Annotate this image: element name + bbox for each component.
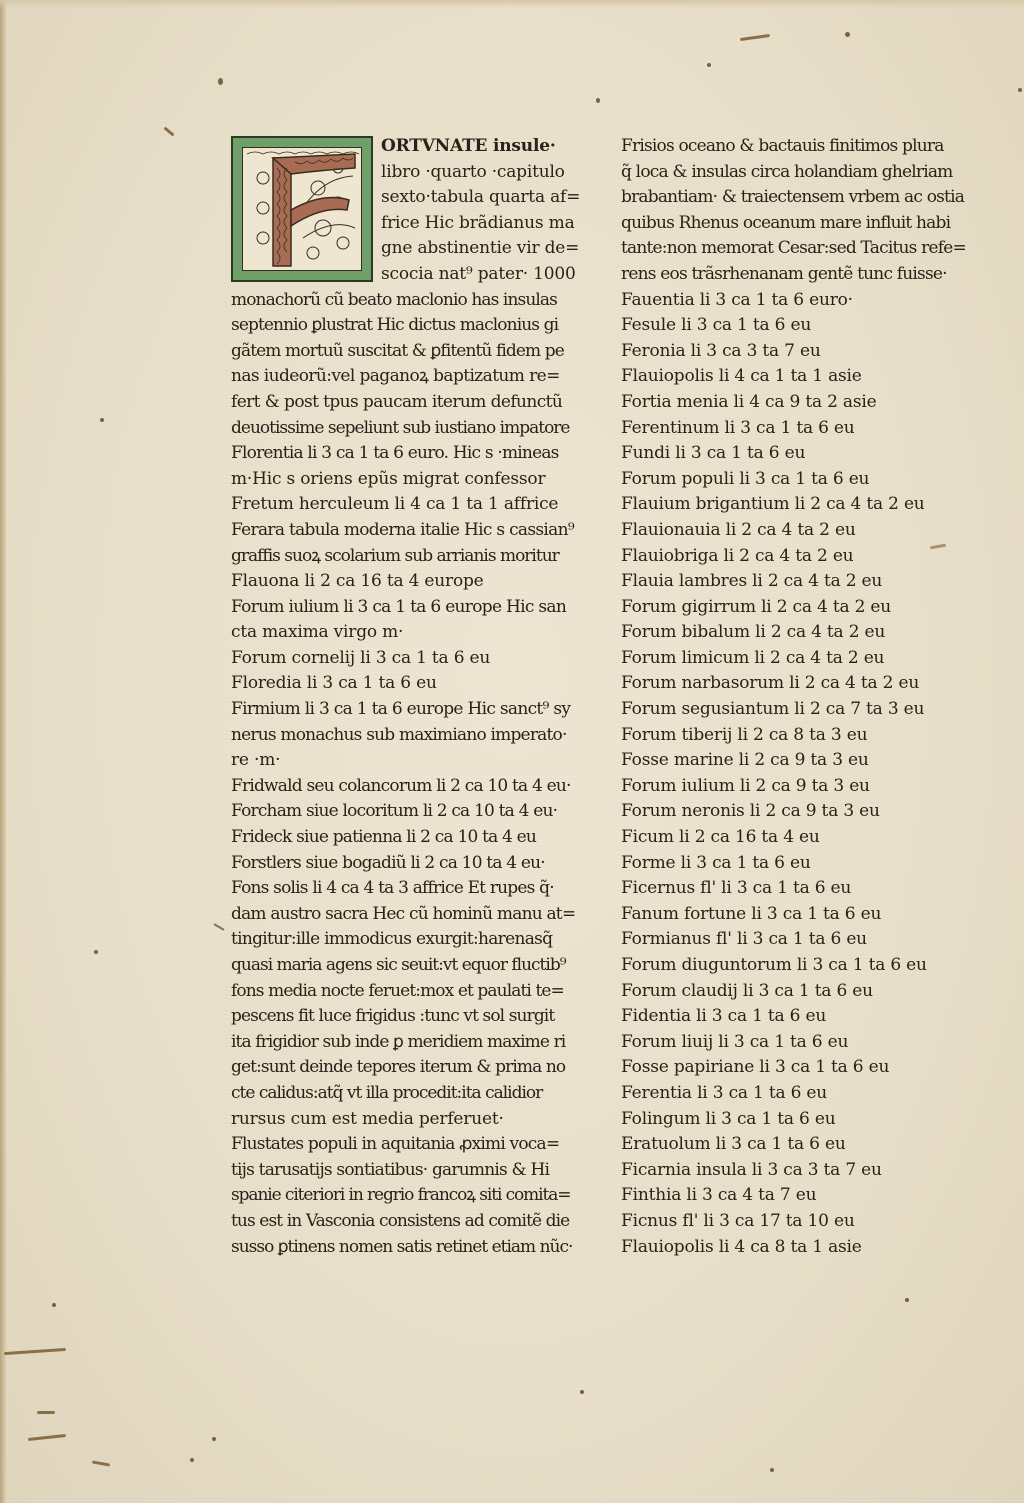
gazetteer-entry: Fesule li 3 ca 1 ta 6 eu bbox=[621, 313, 1001, 339]
worm-trail bbox=[92, 1460, 110, 1466]
left-text-column: ORTVNATE insule· libro ·quarto ·capitulo… bbox=[231, 134, 591, 1260]
text-line: fons media nocte feruet:mox et paulati t… bbox=[231, 979, 591, 1005]
worm-trail bbox=[163, 126, 174, 136]
text-line: gne abstinentie vir de= bbox=[231, 236, 591, 262]
gazetteer-entry: Forum gigirrum li 2 ca 4 ta 2 eu bbox=[621, 595, 1001, 621]
text-line: pescens fit luce frigidus :tunc vt sol s… bbox=[231, 1004, 591, 1030]
text-line: Ferara tabula moderna italie Hic s cassi… bbox=[231, 518, 591, 544]
text-line: Florentia li 3 ca 1 ta 6 euro. Hic s ·mi… bbox=[231, 441, 591, 467]
wormhole bbox=[94, 950, 98, 954]
margin-mark bbox=[213, 923, 224, 931]
gazetteer-entry: Ficernus fl' li 3 ca 1 ta 6 eu bbox=[621, 876, 1001, 902]
text-line: tus est in Vasconia consistens ad comitẽ… bbox=[231, 1209, 591, 1235]
worm-trail bbox=[4, 1348, 66, 1355]
wormhole bbox=[596, 98, 600, 103]
worm-trail bbox=[37, 1411, 55, 1414]
wormhole bbox=[905, 1298, 909, 1302]
gazetteer-entry: Forum diuguntorum li 3 ca 1 ta 6 eu bbox=[621, 953, 1001, 979]
text-line: susso ꝑtinens nomen satis retinet etiam … bbox=[231, 1235, 591, 1261]
text-line: Fridwald seu colancorum li 2 ca 10 ta 4 … bbox=[231, 774, 591, 800]
gazetteer-entry: Fortia menia li 4 ca 9 ta 2 asie bbox=[621, 390, 1001, 416]
text-line: tante:non memorat Cesar:sed Tacitus refe… bbox=[621, 236, 1001, 262]
text-line: Frisios oceano & bactauis finitimos plur… bbox=[621, 134, 1001, 160]
text-line: fert & post tpus paucam iterum defunctũ bbox=[231, 390, 591, 416]
text-line: Frideck siue patienna li 2 ca 10 ta 4 eu bbox=[231, 825, 591, 851]
text-line: libro ·quarto ·capitulo bbox=[231, 160, 591, 186]
text-line: Forum iulium li 3 ca 1 ta 6 europe Hic s… bbox=[231, 595, 591, 621]
text-line: Forum cornelij li 3 ca 1 ta 6 eu bbox=[231, 646, 591, 672]
gazetteer-entry: Flauiopolis li 4 ca 8 ta 1 asie bbox=[621, 1235, 1001, 1261]
text-line: q̃ loca & insulas circa holandiam ghelri… bbox=[621, 160, 1001, 186]
wormhole bbox=[770, 1468, 774, 1472]
text-line: get:sunt deinde tepores iterum & prima n… bbox=[231, 1055, 591, 1081]
gazetteer-entry: Fosse papiriane li 3 ca 1 ta 6 eu bbox=[621, 1055, 1001, 1081]
text-line: quibus Rhenus oceanum mare influit habi bbox=[621, 211, 1001, 237]
text-line: cta maxima virgo m· bbox=[231, 620, 591, 646]
text-line: re ·m· bbox=[231, 748, 591, 774]
parchment-page: ORTVNATE insule· libro ·quarto ·capitulo… bbox=[0, 0, 1024, 1503]
text-line: tijs tarusatijs sontiatibus· garumnis & … bbox=[231, 1158, 591, 1184]
text-line: Fretum herculeum li 4 ca 1 ta 1 affrice bbox=[231, 492, 591, 518]
wormhole bbox=[100, 418, 104, 422]
gazetteer-entry: Feronia li 3 ca 3 ta 7 eu bbox=[621, 339, 1001, 365]
text-line: dam austro sacra Hec cũ hominũ manu at= bbox=[231, 902, 591, 928]
page-binding-edge bbox=[0, 0, 6, 1503]
gazetteer-entry: Fidentia li 3 ca 1 ta 6 eu bbox=[621, 1004, 1001, 1030]
text-line: sexto·tabula quarta af= bbox=[231, 185, 591, 211]
text-line: Flauona li 2 ca 16 ta 4 europe bbox=[231, 569, 591, 595]
gazetteer-entry: Flauium brigantium li 2 ca 4 ta 2 eu bbox=[621, 492, 1001, 518]
text-line: nas iudeorũ:vel paganoꝝ baptizatum re= bbox=[231, 364, 591, 390]
gazetteer-entry: Forum segusiantum li 2 ca 7 ta 3 eu bbox=[621, 697, 1001, 723]
wormhole bbox=[190, 1458, 194, 1462]
wormhole bbox=[1018, 88, 1022, 92]
right-text-column: Frisios oceano & bactauis finitimos plur… bbox=[621, 134, 1001, 1260]
gazetteer-entry: Fauentia li 3 ca 1 ta 6 euro· bbox=[621, 288, 1001, 314]
wormhole bbox=[52, 1303, 56, 1307]
text-line: Firmium li 3 ca 1 ta 6 europe Hic sanct⁹… bbox=[231, 697, 591, 723]
text-line: ORTVNATE insule· bbox=[231, 134, 591, 160]
gazetteer-entry: Folingum li 3 ca 1 ta 6 eu bbox=[621, 1107, 1001, 1133]
page-top-edge bbox=[0, 0, 1024, 8]
text-line: graffis suoꝝ scolarium sub arrianis mori… bbox=[231, 544, 591, 570]
gazetteer-entry: Fanum fortune li 3 ca 1 ta 6 eu bbox=[621, 902, 1001, 928]
wormhole bbox=[212, 1437, 216, 1441]
gazetteer-entry: Flauia lambres li 2 ca 4 ta 2 eu bbox=[621, 569, 1001, 595]
wormhole bbox=[707, 63, 711, 67]
gazetteer-entry: Flauionauia li 2 ca 4 ta 2 eu bbox=[621, 518, 1001, 544]
gazetteer-entry: Ferentinum li 3 ca 1 ta 6 eu bbox=[621, 416, 1001, 442]
gazetteer-entry: Ferentia li 3 ca 1 ta 6 eu bbox=[621, 1081, 1001, 1107]
wormhole bbox=[218, 78, 223, 85]
text-line: tingitur:ille immodicus exurgit:harenasq… bbox=[231, 927, 591, 953]
gazetteer-entry: Flauiobriga li 2 ca 4 ta 2 eu bbox=[621, 544, 1001, 570]
gazetteer-entry: Forum claudij li 3 ca 1 ta 6 eu bbox=[621, 979, 1001, 1005]
gazetteer-entry: Forum tiberij li 2 ca 8 ta 3 eu bbox=[621, 723, 1001, 749]
text-line: frice Hic brãdianus ma bbox=[231, 211, 591, 237]
text-line: septennio ꝑlustrat Hic dictus maclonius … bbox=[231, 313, 591, 339]
gazetteer-entry: Forum populi li 3 ca 1 ta 6 eu bbox=[621, 467, 1001, 493]
text-line: ita frigidior sub inde ꝑ meridiem maxime… bbox=[231, 1030, 591, 1056]
gazetteer-entry: Forum iulium li 2 ca 9 ta 3 eu bbox=[621, 774, 1001, 800]
gazetteer-entry: Fundi li 3 ca 1 ta 6 eu bbox=[621, 441, 1001, 467]
gazetteer-entry: Forum liuij li 3 ca 1 ta 6 eu bbox=[621, 1030, 1001, 1056]
text-line: monachorũ cũ beato maclonio has insulas bbox=[231, 288, 591, 314]
text-line: Forstlers siue bogadiũ li 2 ca 10 ta 4 e… bbox=[231, 851, 591, 877]
gazetteer-entry: Eratuolum li 3 ca 1 ta 6 eu bbox=[621, 1132, 1001, 1158]
gazetteer-entry: Forum bibalum li 2 ca 4 ta 2 eu bbox=[621, 620, 1001, 646]
worm-trail bbox=[28, 1434, 66, 1441]
text-line: quasi maria agens sic seuit:vt equor flu… bbox=[231, 953, 591, 979]
text-line: rens eos trãsrhenanam gentẽ tunc fuisse· bbox=[621, 262, 1001, 288]
gazetteer-entry: Fosse marine li 2 ca 9 ta 3 eu bbox=[621, 748, 1001, 774]
text-line: spanie citeriori in regrio francoꝝ siti … bbox=[231, 1183, 591, 1209]
gazetteer-entry: Forum limicum li 2 ca 4 ta 2 eu bbox=[621, 646, 1001, 672]
text-line: Floredia li 3 ca 1 ta 6 eu bbox=[231, 671, 591, 697]
text-line: cte calidus:atq̃ vt illa procedit:ita ca… bbox=[231, 1081, 591, 1107]
text-line: scocia nat⁹ pater· 1000 bbox=[231, 262, 591, 288]
text-line: deuotissime sepeliunt sub iustiano impat… bbox=[231, 416, 591, 442]
text-line: rursus cum est media perferuet· bbox=[231, 1107, 591, 1133]
gazetteer-entry: Ficum li 2 ca 16 ta 4 eu bbox=[621, 825, 1001, 851]
text-line: Flustates populi in aquitania ꝓximi voca… bbox=[231, 1132, 591, 1158]
gazetteer-entry: Ficnus fl' li 3 ca 17 ta 10 eu bbox=[621, 1209, 1001, 1235]
gazetteer-entry: Forme li 3 ca 1 ta 6 eu bbox=[621, 851, 1001, 877]
wormhole bbox=[845, 32, 850, 37]
text-line: brabantiam· & traiectensem vrbem ac osti… bbox=[621, 185, 1001, 211]
wormhole bbox=[580, 1390, 584, 1394]
gazetteer-entry: Ficarnia insula li 3 ca 3 ta 7 eu bbox=[621, 1158, 1001, 1184]
gazetteer-entry: Finthia li 3 ca 4 ta 7 eu bbox=[621, 1183, 1001, 1209]
worm-trail bbox=[740, 34, 770, 41]
text-line: m·Hic s oriens epũs migrat confessor bbox=[231, 467, 591, 493]
text-line: Forcham siue locoritum li 2 ca 10 ta 4 e… bbox=[231, 799, 591, 825]
text-line: Fons solis li 4 ca 4 ta 3 affrice Et rup… bbox=[231, 876, 591, 902]
text-line: nerus monachus sub maximiano imperato· bbox=[231, 723, 591, 749]
gazetteer-entry: Flauiopolis li 4 ca 1 ta 1 asie bbox=[621, 364, 1001, 390]
gazetteer-entry: Forum neronis li 2 ca 9 ta 3 eu bbox=[621, 799, 1001, 825]
text-line: gãtem mortuũ suscitat & ꝑfitentũ fidem p… bbox=[231, 339, 591, 365]
gazetteer-entry: Forum narbasorum li 2 ca 4 ta 2 eu bbox=[621, 671, 1001, 697]
gazetteer-entry: Formianus fl' li 3 ca 1 ta 6 eu bbox=[621, 927, 1001, 953]
